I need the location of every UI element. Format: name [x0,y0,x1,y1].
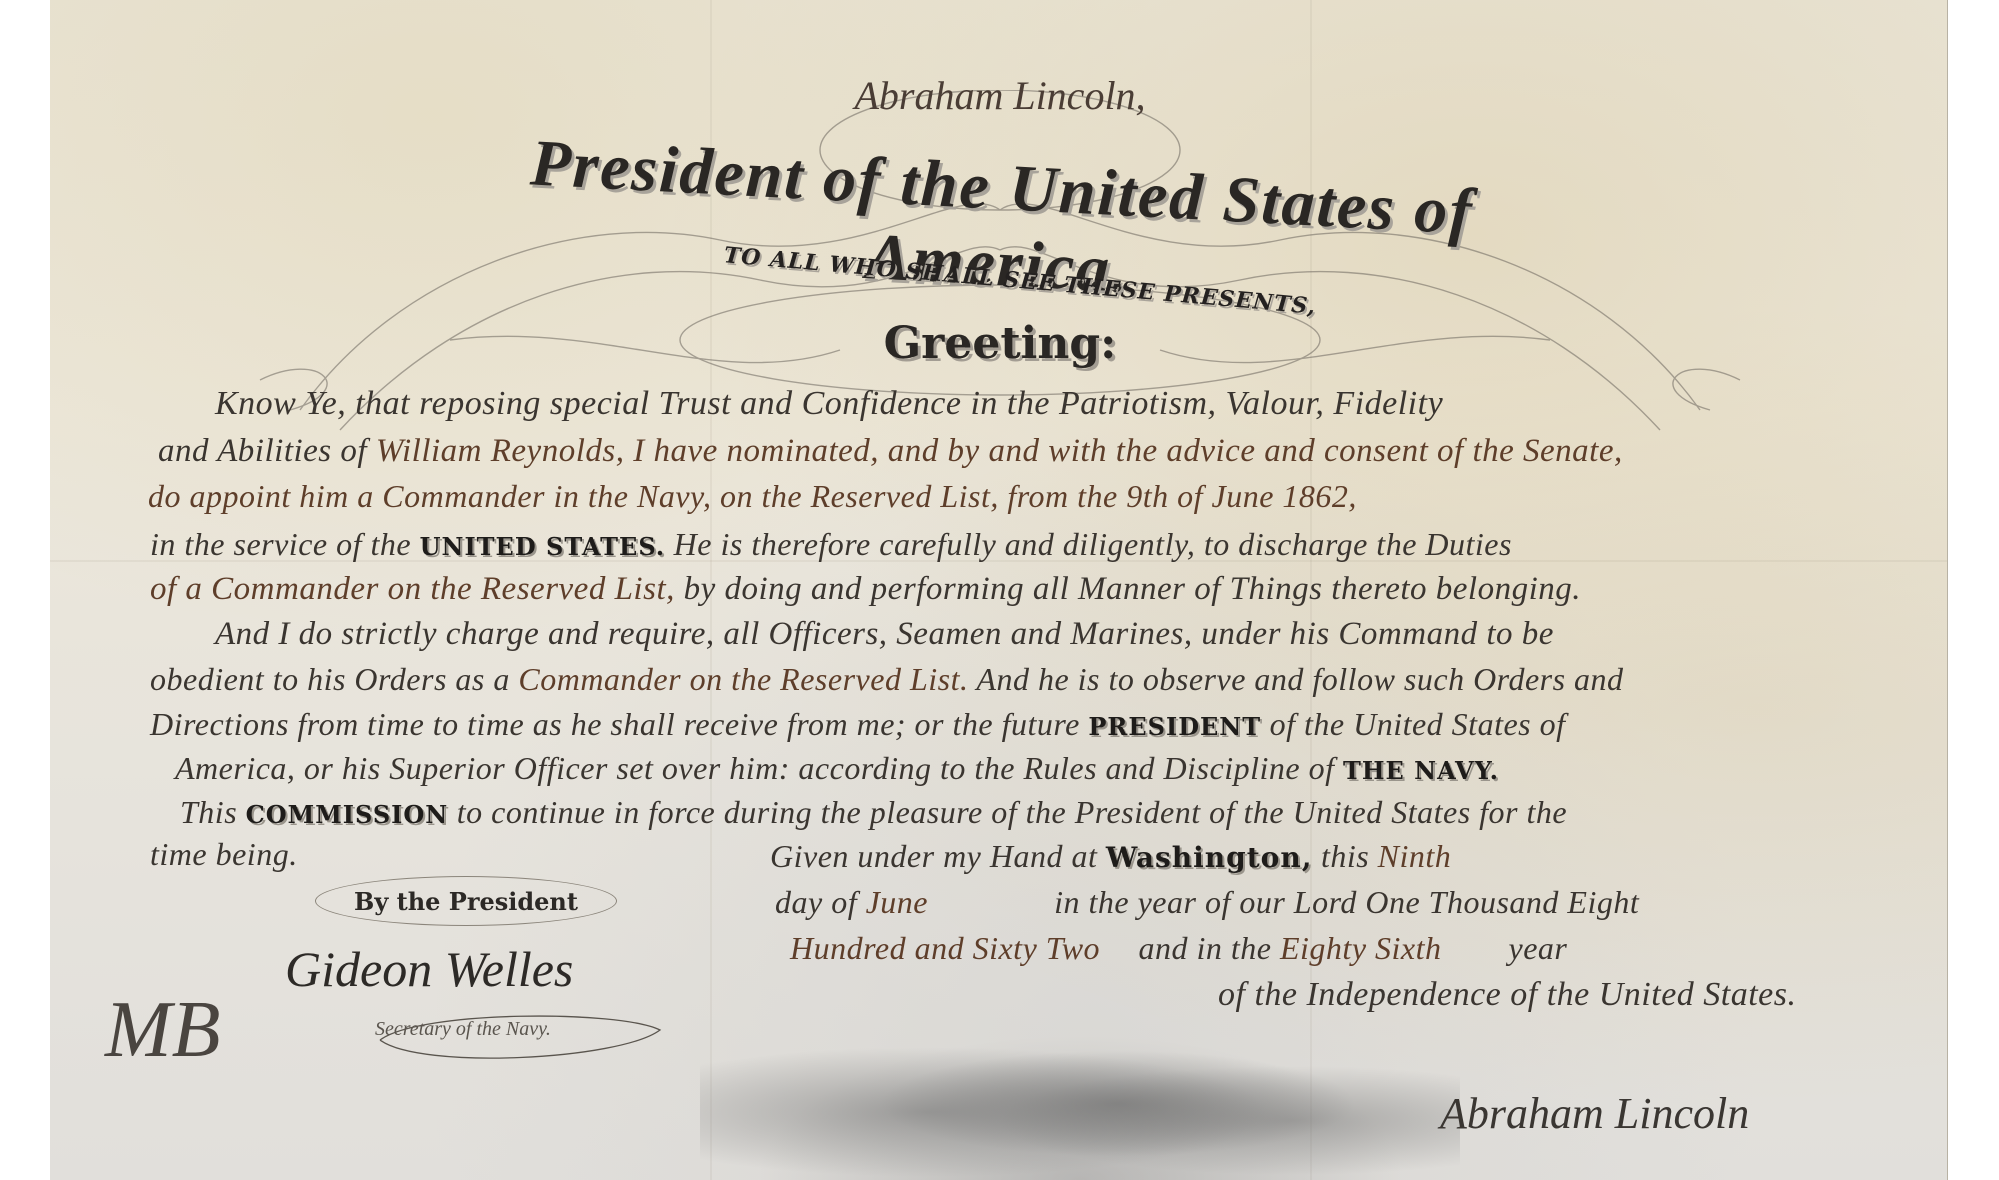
handwritten-fill-text: I have nominated, and by and with the ad… [624,433,1622,469]
printed-script-text: Know Ye, that reposing special Trust and… [215,385,1443,422]
printed-script-text: to continue in force during the pleasure… [448,794,1567,830]
month-fill: June [866,884,1046,921]
secretary-signature: Gideon Welles [285,940,573,998]
year-fill: Hundred and Sixty Two [790,930,1130,967]
engraved-caps-text: PRESIDENT [1088,712,1261,741]
margin-annotation: MB [105,985,221,1076]
body-line: in the service of the UNITED STATES. He … [150,526,1512,563]
printed-script-text: of the United States of [1261,706,1565,742]
president-name-heading: Abraham Lincoln, [770,72,1230,119]
body-line: obedient to his Orders as a Commander on… [150,661,1624,698]
independence-year-fill: Eighty Sixth [1280,930,1500,967]
printed-script-text: by doing and performing all Manner of Th… [675,571,1581,607]
body-line: And I do strictly charge and require, al… [215,616,1554,653]
body-line: This COMMISSION to continue in force dur… [180,794,1567,831]
place-washington: Washington, [1106,841,1313,874]
engraved-caps-text: THE NAVY. [1343,756,1499,785]
handwritten-fill-text: William Reynolds, [376,433,625,469]
printed-script-text: America, or his Superior Officer set ove… [175,750,1343,786]
greeting: Greeting: [880,318,1120,369]
engraved-caps-text: COMMISSION [246,800,449,829]
printed-script-text: This [180,794,246,830]
body-line: time being. [150,836,298,873]
printed-script-text: and Abilities of [158,433,376,469]
body-line: and Abilities of William Reynolds, I hav… [158,433,1623,470]
body-line: of a Commander on the Reserved List, by … [150,571,1581,608]
engraved-caps-text: UNITED STATES. [420,532,666,561]
day-fill: Ninth [1378,838,1452,874]
handwritten-fill-text: Commander in the Navy, on the Reserved L… [382,478,1357,514]
by-the-president-label: By the President [315,876,617,926]
printed-script-text: Directions from time to time as he shall… [150,706,1088,742]
printed-script-text: He is therefore carefully and diligently… [665,526,1512,562]
printed-script-text: time being. [150,836,298,872]
dating-line-1: Given under my Hand at Washington, this … [770,838,1451,875]
printed-script-text: And he is to observe and follow such Ord… [968,661,1623,697]
body-line: do appoint him a Commander in the Navy, … [148,478,1357,515]
allegorical-engraving-vignette [700,1010,1460,1180]
dating-line-3: Hundred and Sixty Two and in the Eighty … [790,930,1567,967]
printed-script-text: obedient to his Orders as a [150,661,518,697]
handwritten-fill-text: of a Commander on the Reserved List, [150,571,675,607]
handwritten-fill-text: Commander on the Reserved List. [518,661,968,697]
handwritten-fill-text: do appoint him a [148,478,382,514]
printed-script-text: in the service of the [150,526,420,562]
dating-line-2: day of June in the year of our Lord One … [775,884,1639,921]
printed-script-text: And I do strictly charge and require, al… [215,616,1554,652]
body-line: America, or his Superior Officer set ove… [175,750,1499,787]
secretary-title: Secretary of the Navy. [375,1018,551,1041]
body-line: Know Ye, that reposing special Trust and… [215,385,1443,423]
dating-line-4: of the Independence of the United States… [1218,976,1797,1014]
president-signature: Abraham Lincoln [1440,1088,1749,1139]
body-line: Directions from time to time as he shall… [150,706,1566,743]
